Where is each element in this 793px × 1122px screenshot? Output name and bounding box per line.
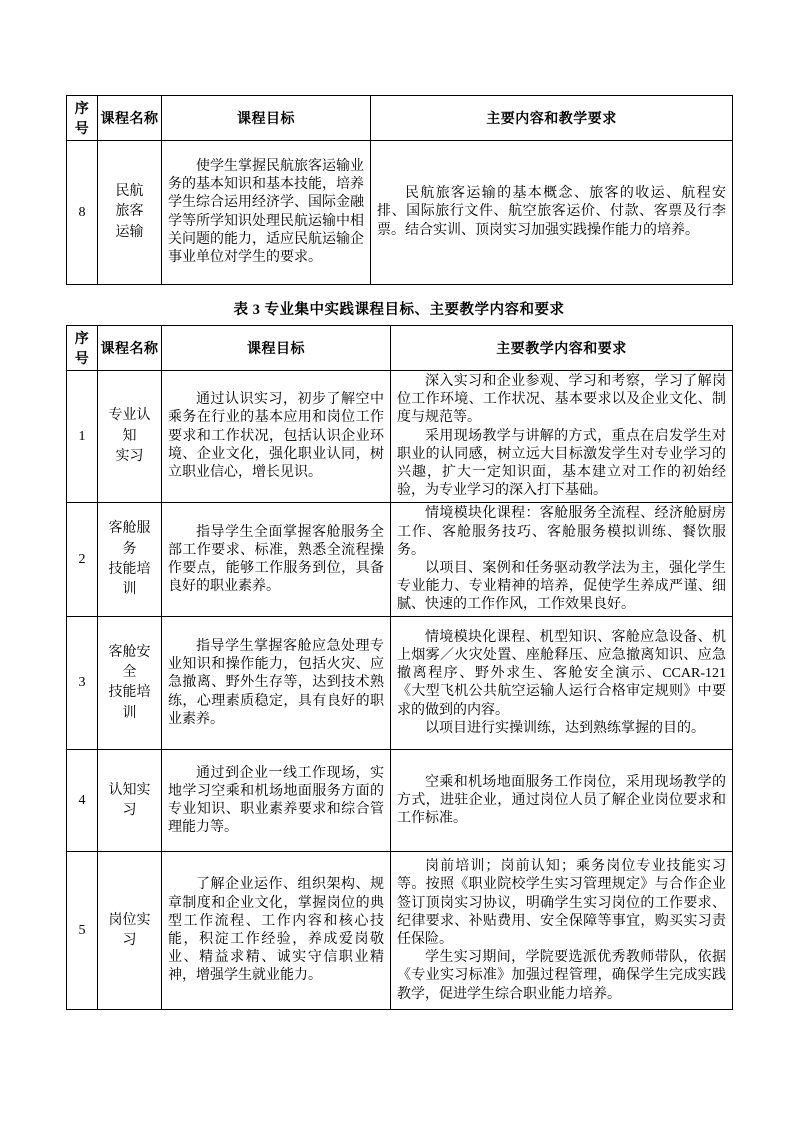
- table-row: 2 客舱服务 技能培训 指导学生全面掌握客舱服务全部工作要求、标准，熟悉全流程操…: [67, 503, 733, 617]
- row-index: 4: [67, 750, 98, 852]
- paragraph: 使学生掌握民航旅客运输业务的基本知识和基本技能，培养学生综合运用经济学、国际金融…: [168, 158, 364, 267]
- course-goal: 指导学生全面掌握客舱服务全部工作要求、标准，熟悉全流程操作要点，能够工作服务到位…: [162, 503, 391, 617]
- course-content: 情境模块化课程、机型知识、客舱应急设备、机上烟雾／火灾处置、座舱释压、应急撤离知…: [391, 617, 733, 750]
- table-header-row: 序号 课程名称 课程目标 主要教学内容和要求: [67, 326, 733, 371]
- table-header-row: 序号 课程名称 课程目标 主要内容和教学要求: [67, 96, 733, 141]
- course-name: 客舱服务 技能培训: [98, 503, 162, 617]
- col-header-teaching-content: 主要教学内容和要求: [391, 326, 733, 371]
- paragraph: 以项目、案例和任务驱动教学法为主，强化学生专业能力、专业精神的培养，促使学生养成…: [397, 560, 726, 615]
- course-goal: 了解企业运作、组织架构、规章制度和企业文化，掌握岗位的典型工作流程、工作内容和核…: [162, 852, 391, 1010]
- col-header-course-goal: 课程目标: [162, 326, 391, 371]
- paragraph: 通过到企业一线工作现场，实地学习空乘和机场地面服务方面的专业知识、职业素养要求和…: [168, 765, 384, 838]
- paragraph: 岗前培训；岗前认知；乘务岗位专业技能实习等。按照《职业院校学生实习管理规定》与合…: [397, 858, 726, 949]
- course-content: 情境模块化课程：客舱服务全流程、经济舱厨房工作、客舱服务技巧、客舱服务模拟训练、…: [391, 503, 733, 617]
- table-row: 1 专业认知 实习 通过认识实习，初步了解空中乘务在行业的基本应用和岗位工作要求…: [67, 371, 733, 503]
- course-table-continued: 序号 课程名称 课程目标 主要内容和教学要求 8 民航 旅客 运输 使学生掌握民…: [66, 95, 733, 285]
- table-row: 8 民航 旅客 运输 使学生掌握民航旅客运输业务的基本知识和基本技能，培养学生综…: [67, 141, 733, 285]
- col-header-index: 序号: [67, 326, 98, 371]
- course-goal: 通过到企业一线工作现场，实地学习空乘和机场地面服务方面的专业知识、职业素养要求和…: [162, 750, 391, 852]
- table-row: 5 岗位实习 了解企业运作、组织架构、规章制度和企业文化，掌握岗位的典型工作流程…: [67, 852, 733, 1010]
- col-header-main-content: 主要内容和教学要求: [371, 96, 733, 141]
- row-index: 5: [67, 852, 98, 1010]
- paragraph: 指导学生全面掌握客舱服务全部工作要求、标准，熟悉全流程操作要点，能够工作服务到位…: [168, 524, 384, 597]
- table-row: 3 客舱安全 技能培训 指导学生掌握客舱应急处理专业知识和操作能力，包括火灾、应…: [67, 617, 733, 750]
- row-index: 1: [67, 371, 98, 503]
- paragraph: 学生实习期间，学院要选派优秀教师带队，依据《专业实习标准》加强过程管理，确保学生…: [397, 949, 726, 1004]
- course-goal: 通过认识实习，初步了解空中乘务在行业的基本应用和岗位工作要求和工作状况，包括认识…: [162, 371, 391, 503]
- course-name: 岗位实习: [98, 852, 162, 1010]
- table-row: 4 认知实习 通过到企业一线工作现场，实地学习空乘和机场地面服务方面的专业知识、…: [67, 750, 733, 852]
- course-name: 民航 旅客 运输: [98, 141, 162, 285]
- course-name: 客舱安全 技能培训: [98, 617, 162, 750]
- course-name: 专业认知 实习: [98, 371, 162, 503]
- paragraph: 民航旅客运输的基本概念、旅客的收运、航程安排、国际旅行文件、航空旅客运价、付款、…: [377, 185, 726, 240]
- col-header-index: 序号: [67, 96, 98, 141]
- paragraph: 情境模块化课程：客舱服务全流程、经济舱厨房工作、客舱服务技巧、客舱服务模拟训练、…: [397, 505, 726, 560]
- document-page: 序号 课程名称 课程目标 主要内容和教学要求 8 民航 旅客 运输 使学生掌握民…: [0, 0, 793, 1122]
- course-name: 认知实习: [98, 750, 162, 852]
- paragraph: 深入实习和企业参观、学习和考察，学习了解岗位工作环境、工作状况、基本要求以及企业…: [397, 373, 726, 428]
- course-goal: 使学生掌握民航旅客运输业务的基本知识和基本技能，培养学生综合运用经济学、国际金融…: [162, 141, 371, 285]
- table3-title: 表 3 专业集中实践课程目标、主要教学内容和要求: [66, 298, 732, 319]
- course-content: 民航旅客运输的基本概念、旅客的收运、航程安排、国际旅行文件、航空旅客运价、付款、…: [371, 141, 733, 285]
- paragraph: 了解企业运作、组织架构、规章制度和企业文化，掌握岗位的典型工作流程、工作内容和核…: [168, 876, 384, 985]
- paragraph: 以项目进行实操训练，达到熟练掌握的目的。: [397, 720, 726, 738]
- course-content: 岗前培训；岗前认知；乘务岗位专业技能实习等。按照《职业院校学生实习管理规定》与合…: [391, 852, 733, 1010]
- paragraph: 情境模块化课程、机型知识、客舱应急设备、机上烟雾／火灾处置、座舱释压、应急撤离知…: [397, 629, 726, 720]
- paragraph: 采用现场教学与讲解的方式，重点在启发学生对职业的认同感，树立远大目标激发学生对专…: [397, 428, 726, 501]
- col-header-course-name: 课程名称: [98, 326, 162, 371]
- course-content: 深入实习和企业参观、学习和考察，学习了解岗位工作环境、工作状况、基本要求以及企业…: [391, 371, 733, 503]
- row-index: 3: [67, 617, 98, 750]
- course-content: 空乘和机场地面服务工作岗位，采用现场教学的方式，进驻企业，通过岗位人员了解企业岗…: [391, 750, 733, 852]
- col-header-course-goal: 课程目标: [162, 96, 371, 141]
- practice-course-table: 序号 课程名称 课程目标 主要教学内容和要求 1 专业认知 实习 通过认识实习，…: [66, 325, 733, 1010]
- col-header-course-name: 课程名称: [98, 96, 162, 141]
- row-index: 2: [67, 503, 98, 617]
- paragraph: 空乘和机场地面服务工作岗位，采用现场教学的方式，进驻企业，通过岗位人员了解企业岗…: [397, 774, 726, 829]
- paragraph: 通过认识实习，初步了解空中乘务在行业的基本应用和岗位工作要求和工作状况，包括认识…: [168, 391, 384, 482]
- course-goal: 指导学生掌握客舱应急处理专业知识和操作能力，包括火灾、应急撤离、野外生存等，达到…: [162, 617, 391, 750]
- row-index: 8: [67, 141, 98, 285]
- paragraph: 指导学生掌握客舱应急处理专业知识和操作能力，包括火灾、应急撤离、野外生存等，达到…: [168, 638, 384, 729]
